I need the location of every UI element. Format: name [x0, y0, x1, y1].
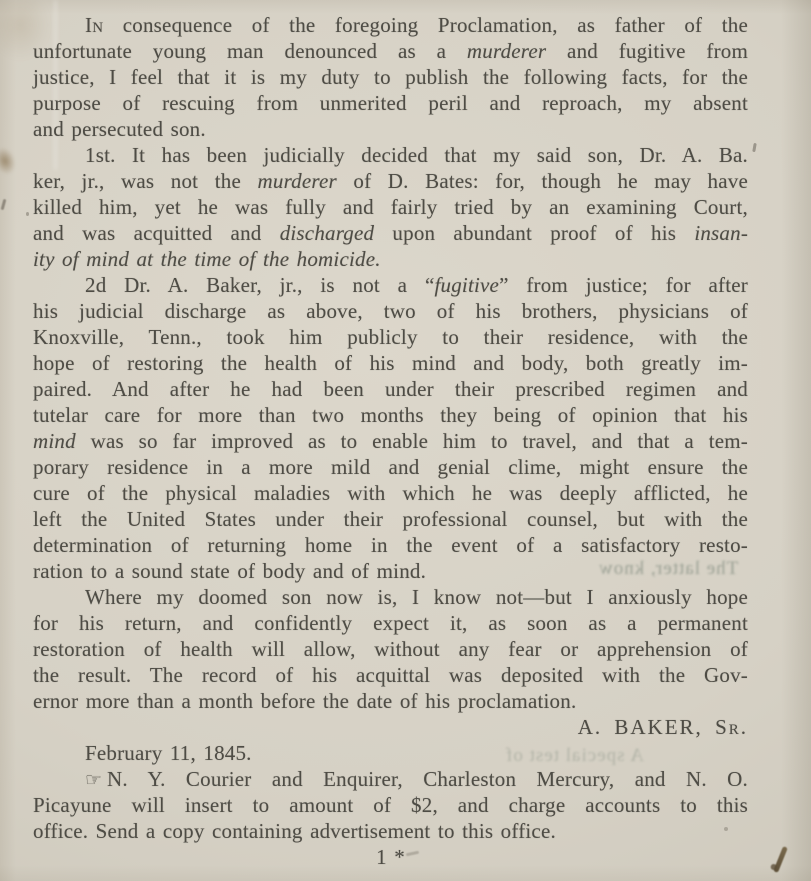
- text-line: mind was so far improved as to enable hi…: [33, 428, 748, 454]
- text-line: A. BAKER, Sr.: [33, 714, 748, 740]
- text-line: left the United States under their profe…: [33, 506, 748, 532]
- text-line: 1 *: [33, 844, 748, 870]
- ink-speck: [752, 143, 757, 152]
- text-line: determination of returning home in the e…: [33, 532, 748, 558]
- text-line: purpose of rescuing from unmerited peril…: [33, 90, 748, 116]
- text-line: and was acquitted and discharged upon ab…: [33, 220, 748, 246]
- text-line: killed him, yet he was fully and fairly …: [33, 194, 748, 220]
- ink-speck: [26, 212, 29, 216]
- text-line: ker, jr., was not the murderer of D. Bat…: [33, 168, 748, 194]
- text-line: In consequence of the foregoing Proclama…: [33, 12, 748, 38]
- text-line: for his return, and confidently expect i…: [33, 610, 748, 636]
- text-line: ration to a sound state of body and of m…: [33, 558, 748, 584]
- manicule-icon: ☞: [85, 769, 107, 791]
- text-line: office. Send a copy containing advertise…: [33, 818, 748, 844]
- text-line: his judicial discharge as above, two of …: [33, 298, 748, 324]
- text-line: 2d Dr. A. Baker, jr., is not a “fugitive…: [33, 272, 748, 298]
- text-line: justice, I feel that it is my duty to pu…: [33, 64, 748, 90]
- text-line: porary residence in a more mild and geni…: [33, 454, 748, 480]
- text-line: February 11, 1845.: [33, 740, 748, 766]
- text-line: Picayune will insert to amount of $2, an…: [33, 792, 748, 818]
- text-line: unfortunate young man denounced as a mur…: [33, 38, 748, 64]
- text-line: Where my doomed son now is, I know not—b…: [33, 584, 748, 610]
- text-line: cure of the physical maladies with which…: [33, 480, 748, 506]
- pen-mark: [773, 846, 788, 873]
- text-line: ☞N. Y. Courier and Enquirer, Charleston …: [33, 766, 748, 792]
- text-line: Knoxville, Tenn., took him publicly to t…: [33, 324, 748, 350]
- text-line: hope of restoring the health of his mind…: [33, 350, 748, 376]
- text-line: paired. And after he had been under thei…: [33, 376, 748, 402]
- ink-tick: [1, 199, 7, 210]
- scanned-page: The latter, know A special test of In co…: [0, 0, 811, 881]
- text-line: and persecuted son.: [33, 116, 748, 142]
- text-line: the result. The record of his acquittal …: [33, 662, 748, 688]
- text-line: tutelar care for more than two months th…: [33, 402, 748, 428]
- text-line: restoration of health will allow, withou…: [33, 636, 748, 662]
- document-text: In consequence of the foregoing Proclama…: [33, 12, 748, 870]
- text-line: ity of mind at the time of the homicide.: [33, 246, 748, 272]
- text-line: ernor more than a month before the date …: [33, 688, 748, 714]
- text-line: 1st. It has been judicially decided that…: [33, 142, 748, 168]
- ink-smudge: [0, 144, 19, 177]
